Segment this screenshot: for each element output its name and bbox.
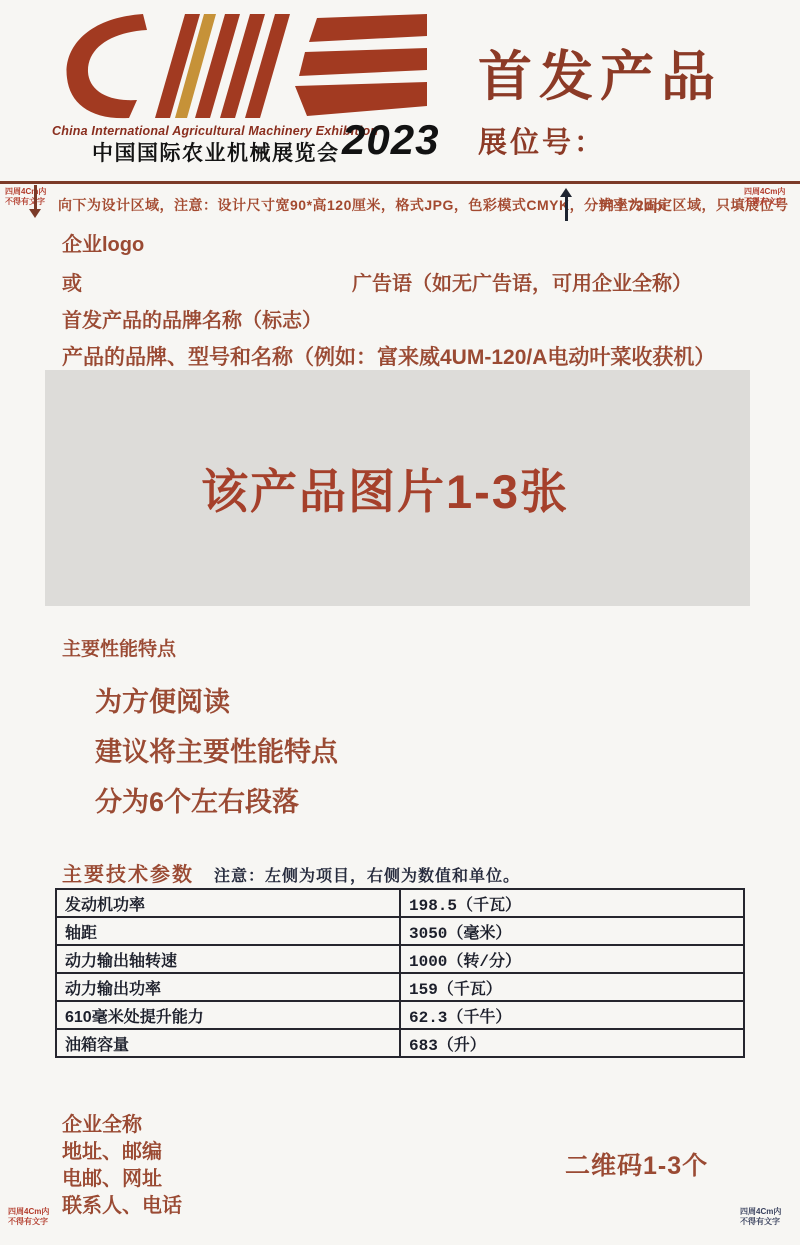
spec-item: 油箱容量: [56, 1029, 400, 1057]
table-row: 动力输出功率 159（千瓦）: [56, 973, 744, 1001]
logo-english-name: China International Agricultural Machine…: [52, 124, 352, 138]
table-row: 610毫米处提升能力 62.3（千牛）: [56, 1001, 744, 1029]
features-heading: 主要性能特点: [62, 634, 176, 661]
qr-code-placeholder: 二维码1-3个: [565, 1146, 708, 1182]
contact-person-placeholder: 联系人、电话: [62, 1189, 182, 1218]
company-logo-placeholder: 企业logo: [62, 228, 144, 257]
spec-table: 发动机功率 198.5（千瓦） 轴距 3050（毫米） 动力输出轴转速 1000…: [55, 888, 745, 1058]
fixed-design-divider: [0, 181, 800, 184]
address-placeholder: 地址、邮编: [62, 1135, 162, 1164]
spec-value: 3050（毫米）: [400, 917, 744, 945]
params-heading: 主要技术参数: [62, 858, 194, 887]
slogan-placeholder: 广告语（如无广告语，可用企业全称）: [352, 267, 692, 296]
arrow-down-icon: [29, 185, 41, 218]
spec-item: 610毫米处提升能力: [56, 1001, 400, 1029]
product-name-placeholder: 产品的品牌、型号和名称（例如：富来威4UM-120/A电动叶菜收获机）: [62, 341, 715, 371]
table-row: 动力输出轴转速 1000（转/分）: [56, 945, 744, 973]
table-row: 油箱容量 683（升）: [56, 1029, 744, 1057]
spec-item: 发动机功率: [56, 889, 400, 917]
params-note: 注意：左侧为项目，右侧为数值和单位。: [214, 863, 520, 886]
corner-note-bottom-left: 四周4Cm内 不得有文字: [8, 1207, 49, 1227]
spec-item: 动力输出功率: [56, 973, 400, 1001]
feature-line: 分为6个左右段落: [95, 780, 299, 819]
company-name-placeholder: 企业全称: [62, 1108, 142, 1137]
arrow-up-icon: [560, 188, 572, 221]
product-image-placeholder-box: 该产品图片1-3张: [45, 370, 750, 606]
spec-value: 159（千瓦）: [400, 973, 744, 1001]
corner-note-top-right: 四周4Cm内 不得有文字: [744, 187, 785, 207]
logo-year: 2023: [342, 116, 439, 164]
spec-value: 683（升）: [400, 1029, 744, 1057]
table-row: 发动机功率 198.5（千瓦）: [56, 889, 744, 917]
product-image-placeholder-text: 该产品图片1-3张: [201, 455, 569, 522]
table-row: 轴距 3050（毫米）: [56, 917, 744, 945]
or-label: 或: [62, 267, 82, 296]
poster-template-page: China International Agricultural Machine…: [0, 0, 800, 1245]
corner-note-bottom-right: 四周4Cm内 不得有文字: [740, 1207, 781, 1227]
spec-item: 动力输出轴转速: [56, 945, 400, 973]
ciame-logo-icon: [55, 12, 435, 124]
email-web-placeholder: 电邮、网址: [62, 1162, 162, 1191]
booth-number-label: 展位号：: [478, 120, 606, 161]
spec-item: 轴距: [56, 917, 400, 945]
spec-value: 62.3（千牛）: [400, 1001, 744, 1029]
spec-value: 1000（转/分）: [400, 945, 744, 973]
feature-line: 为方便阅读: [95, 680, 230, 719]
logo-chinese-name: 中国国际农业机械展览会: [92, 137, 340, 167]
feature-line: 建议将主要性能特点: [95, 730, 338, 769]
spec-value: 198.5（千瓦）: [400, 889, 744, 917]
brand-name-placeholder: 首发产品的品牌名称（标志）: [62, 304, 322, 333]
params-heading-row: 主要技术参数 注意：左侧为项目，右侧为数值和单位。: [62, 858, 520, 887]
design-area-instruction: 向下为设计区域，注意：设计尺寸宽90*高120厘米，格式JPG，色彩模式CMYK…: [58, 195, 667, 215]
page-title: 首发产品: [478, 34, 722, 111]
